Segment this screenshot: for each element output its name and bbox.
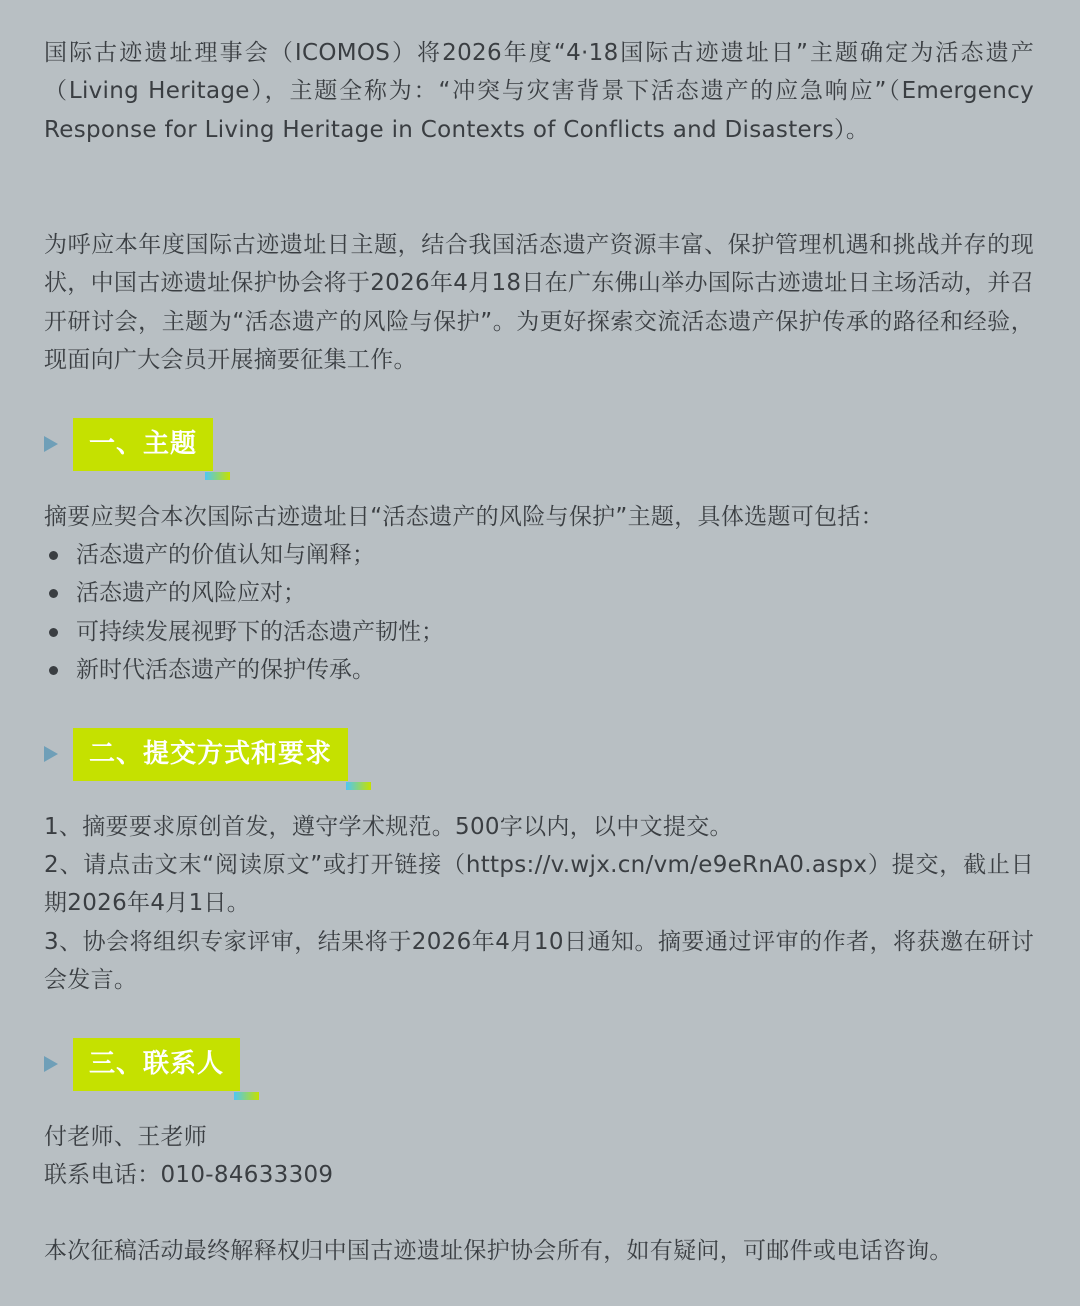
section-title: 二、提交方式和要求 [73, 728, 348, 781]
gradient-accent-bar [234, 1092, 259, 1100]
theme-topic-list: 活态遗产的价值认知与阐释； 活态遗产的风险应对； 可持续发展视野下的活态遗产韧性… [44, 536, 1034, 690]
requirement-item-2[interactable]: 2、请点击文末“阅读原文”或打开链接（https://v.wjx.cn/vm/e… [44, 846, 1034, 923]
triangle-arrow-icon [44, 436, 58, 452]
list-item: 活态遗产的价值认知与阐释； [44, 536, 1034, 574]
article-page: 国际古迹遗址理事会（ICOMOS）将2026年度“4·18国际古迹遗址日”主题确… [0, 0, 1080, 1306]
triangle-arrow-icon [44, 746, 58, 762]
requirement-item-3: 3、协会将组织专家评审，结果将于2026年4月10日通知。摘要通过评审的作者，将… [44, 923, 1034, 1000]
contact-names: 付老师、王老师 [44, 1118, 1034, 1156]
intro-paragraph-1: 国际古迹遗址理事会（ICOMOS）将2026年度“4·18国际古迹遗址日”主题确… [44, 34, 1034, 149]
contact-phone: 联系电话：010-84633309 [44, 1156, 1034, 1194]
intro-paragraph-2: 为呼应本年度国际古迹遗址日主题，结合我国活态遗产资源丰富、保护管理机遇和挑战并存… [44, 226, 1034, 380]
list-item: 活态遗产的风险应对； [44, 574, 1034, 612]
section-title: 三、联系人 [73, 1038, 240, 1091]
list-item: 可持续发展视野下的活态遗产韧性； [44, 613, 1034, 651]
list-item: 新时代活态遗产的保护传承。 [44, 651, 1034, 689]
theme-intro: 摘要应契合本次国际古迹遗址日“活态遗产的风险与保护”主题，具体选题可包括： [44, 498, 1034, 536]
requirement-item-1: 1、摘要要求原创首发，遵守学术规范。500字以内，以中文提交。 [44, 808, 1034, 846]
triangle-arrow-icon [44, 1056, 58, 1072]
footer-note: 本次征稿活动最终解释权归中国古迹遗址保护协会所有，如有疑问，可邮件或电话咨询。 [44, 1232, 1034, 1270]
gradient-accent-bar [346, 782, 371, 790]
section-title: 一、主题 [73, 418, 213, 471]
gradient-accent-bar [205, 472, 230, 480]
